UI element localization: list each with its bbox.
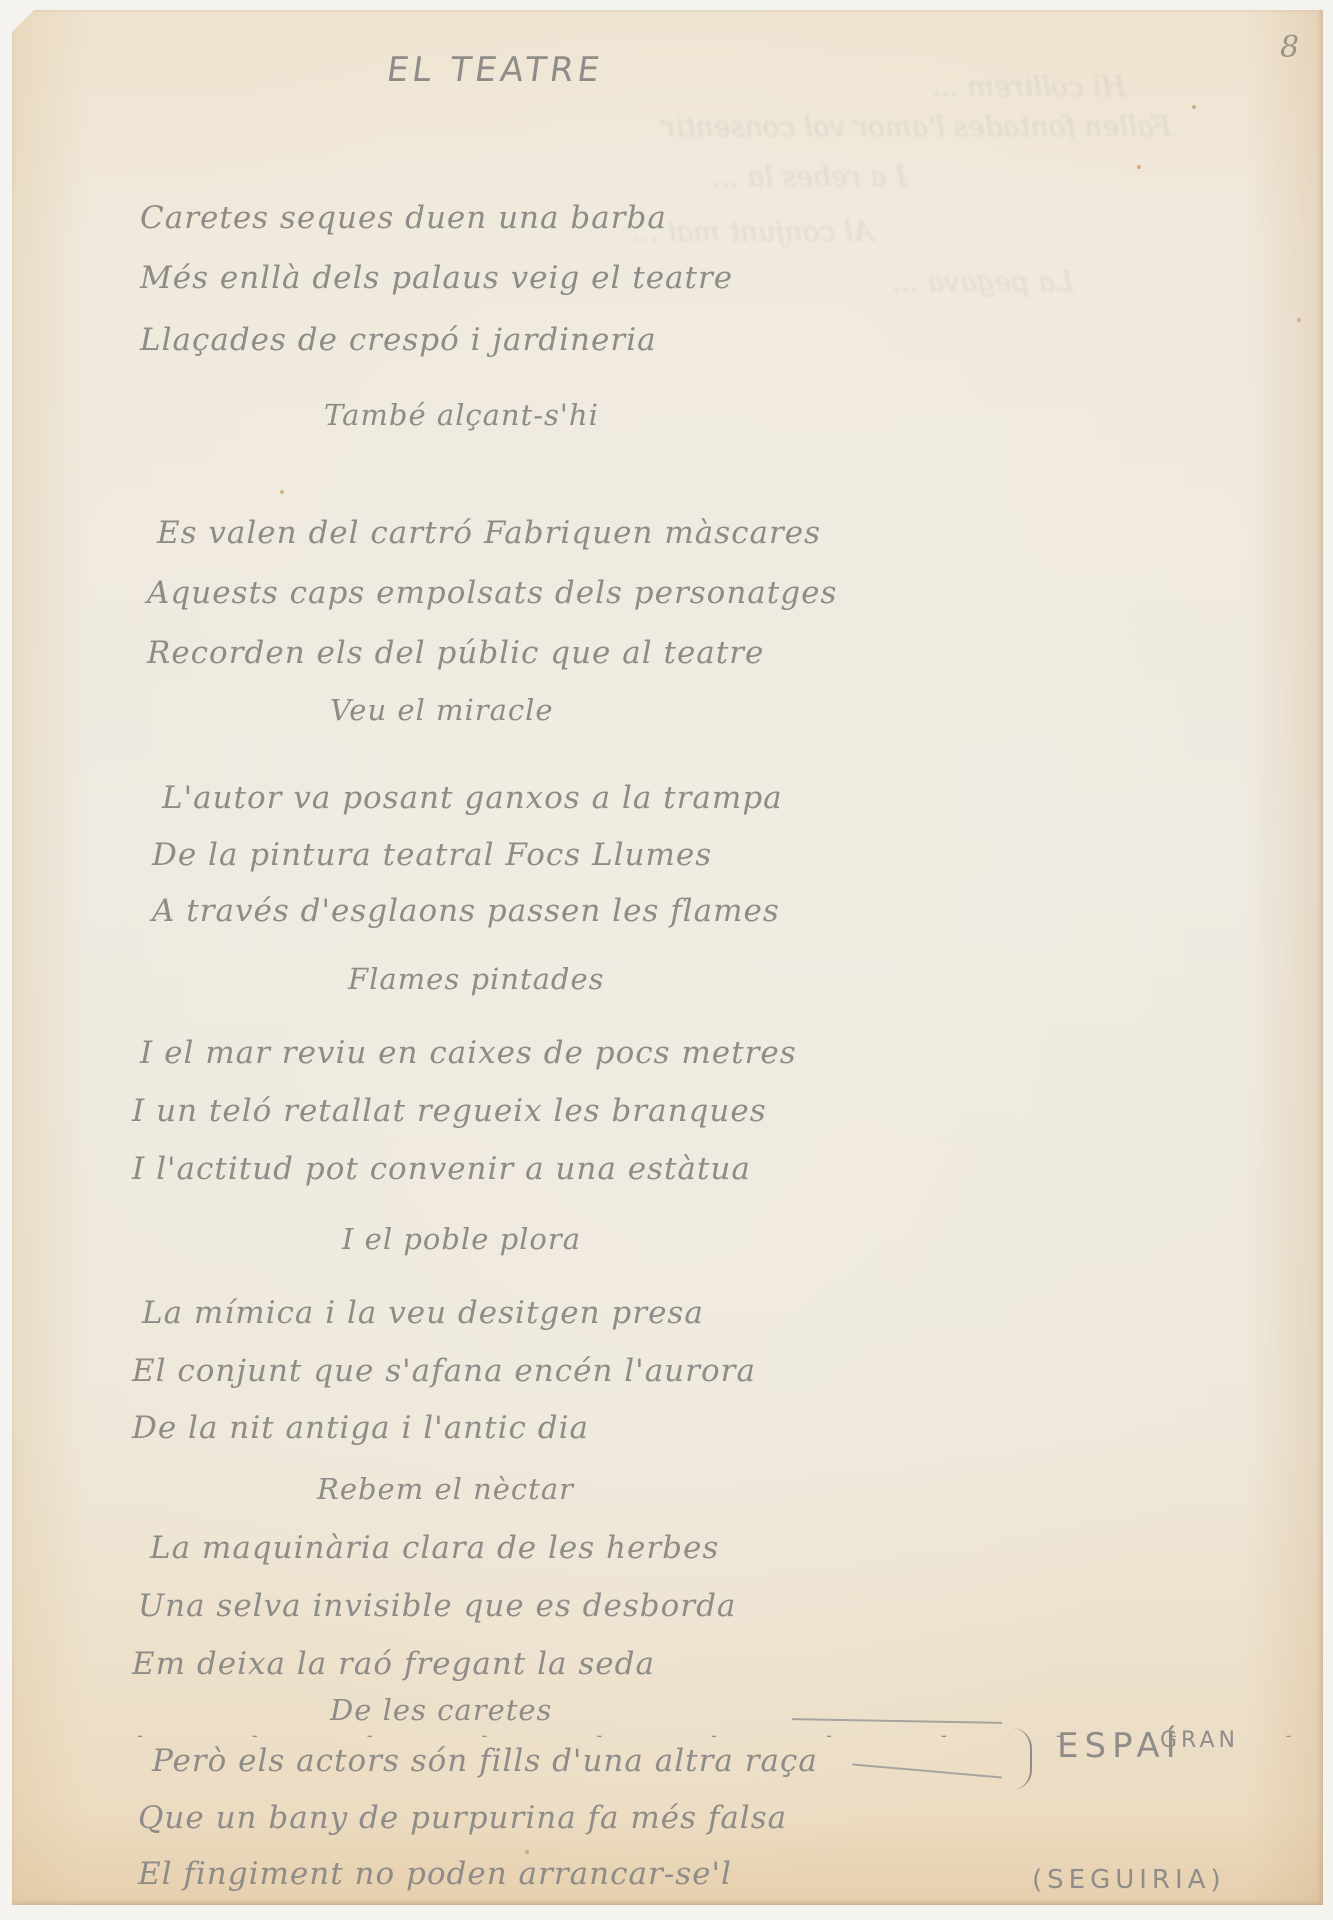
verse-line: Em deixa la raó fregant la seda: [132, 1646, 655, 1682]
verse-line: A través d'esglaons passen les flames: [152, 893, 780, 929]
refrain-line: De les caretes: [330, 1693, 552, 1727]
verse-line: La mímica i la veu desitgen presa: [142, 1295, 704, 1331]
bracket-top-line: [792, 1718, 1002, 1724]
foxing-speck: [1192, 105, 1196, 109]
refrain-line: Rebem el nèctar: [317, 1472, 574, 1506]
verse-line: Però els actors són fills d'una altra ra…: [152, 1743, 818, 1779]
bracket-curl: [1012, 1728, 1032, 1790]
verse-line: El fingiment no poden arrancar-se'l: [138, 1856, 732, 1892]
refrain-line: També alçant-s'hi: [324, 398, 599, 432]
verse-line: Recorden els del públic que al teatre: [147, 635, 764, 671]
show-through-line: La pegava ...: [892, 265, 1073, 298]
verse-line: I el mar reviu en caixes de pocs metres: [140, 1035, 797, 1071]
verse-line: Una selva invisible que es desborda: [138, 1588, 736, 1624]
verse-line: La maquinària clara de les herbes: [150, 1530, 719, 1566]
foxing-speck: [280, 490, 284, 494]
continuation-note: (SEGUIRIA): [1032, 1865, 1226, 1895]
show-through-line: Hi collirem ...: [932, 70, 1126, 103]
verse-line: Més enllà dels palaus veig el teatre: [140, 260, 733, 296]
page-number: 8: [1280, 30, 1299, 65]
poem-title: EL TEATRE: [384, 50, 606, 90]
verse-line: L'autor va posant ganxos a la trampa: [162, 780, 783, 816]
verse-line: I l'actitud pot convenir a una estàtua: [132, 1151, 751, 1187]
foxing-speck: [1297, 318, 1301, 322]
verse-line: De la pintura teatral Focs Llumes: [152, 837, 712, 873]
verse-line: Que un bany de purpurina fa més falsa: [138, 1800, 787, 1836]
show-through-line: Fallen fontades l'amor vol consentir: [662, 110, 1171, 143]
bracket-bottom-line: [852, 1763, 1002, 1778]
refrain-line: Veu el miracle: [330, 693, 554, 727]
margin-note-gran: GRAN: [1160, 1728, 1239, 1753]
placeholder-dashes: - - - - - - - - - - -: [137, 1726, 1017, 1736]
verse-line: I un teló retallat regueix les branques: [132, 1093, 767, 1129]
foxing-speck: [525, 1850, 529, 1854]
manuscript-page: Hi collirem ... Fallen fontades l'amor v…: [12, 10, 1323, 1905]
verse-line: Aquests caps empolsats dels personatges: [147, 575, 837, 611]
refrain-line: I el poble plora: [342, 1222, 581, 1256]
verse-line: Es valen del cartró Fabriquen màscares: [157, 515, 821, 551]
verse-line: Caretes seques duen una barba: [140, 200, 667, 236]
show-through-line: Al conjunt mai ...: [632, 215, 873, 248]
show-through-line: I a rebes la ...: [712, 160, 907, 193]
verse-line: De la nit antiga i l'antic dia: [132, 1410, 589, 1446]
verse-line: Llaçades de crespó i jardineria: [140, 322, 657, 358]
refrain-line: Flames pintades: [348, 962, 605, 996]
verse-line: El conjunt que s'afana encén l'aurora: [132, 1353, 756, 1389]
foxing-speck: [1137, 165, 1141, 169]
